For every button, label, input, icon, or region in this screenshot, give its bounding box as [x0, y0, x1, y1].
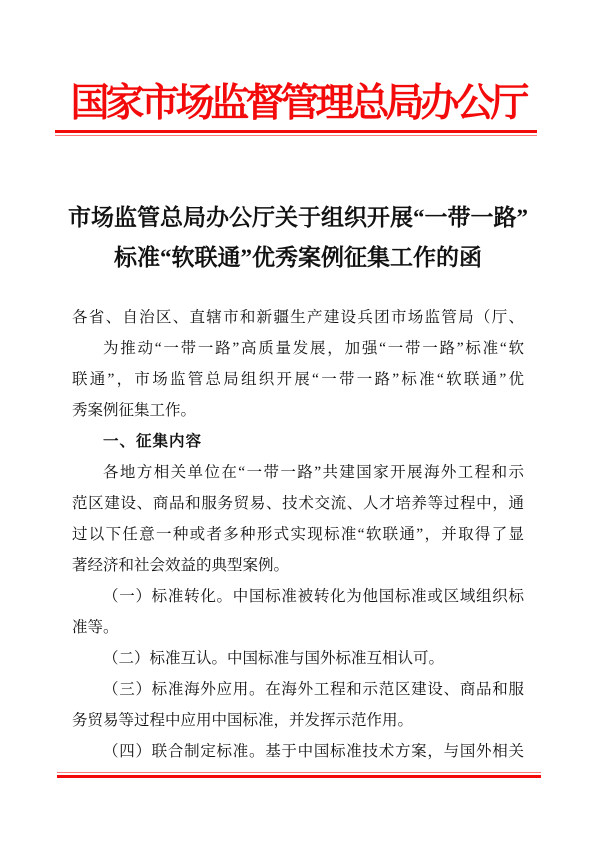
document-body: 各省、自治区、直辖市和新疆生产建设兵团市场监管局（厅、委）: 为推动“一带一路”… [72, 302, 524, 767]
masthead-divider-rule [55, 130, 537, 136]
body-line: （一）标准转化。中国标准被转化为他国标准或区域组织标 [72, 581, 524, 612]
body-line: 准等。 [72, 612, 524, 643]
body-line: （三）标准海外应用。在海外工程和示范区建设、商品和服 [72, 674, 524, 705]
salutation-line: 各省、自治区、直辖市和新疆生产建设兵团市场监管局（厅、委）: [72, 302, 524, 333]
body-line: （二）标准互认。中国标准与国外标准互相认可。 [72, 643, 524, 674]
footer-divider-thick-line [57, 775, 541, 778]
body-line: 为推动“一带一路”高质量发展，加强“一带一路”标准“软 [72, 333, 524, 364]
body-line: 秀案例征集工作。 [72, 395, 524, 426]
document-page: 国家市场监督管理总局办公厅 市场监管总局办公厅关于组织开展“一带一路” 标准“软… [0, 0, 596, 842]
body-line: 著经济和社会效益的典型案例。 [72, 550, 524, 581]
footer-divider-rule [57, 772, 541, 778]
document-title: 市场监管总局办公厅关于组织开展“一带一路” 标准“软联通”优秀案例征集工作的函 [0, 198, 596, 278]
document-title-line1: 市场监管总局办公厅关于组织开展“一带一路” [0, 198, 596, 238]
body-line: 务贸易等过程中应用中国标准，并发挥示范作用。 [72, 705, 524, 736]
body-line: （四）联合制定标准。基于中国标准技术方案，与国外相关 [72, 736, 524, 767]
body-line: 过以下任意一种或者多种形式实现标准“软联通”，并取得了显 [72, 519, 524, 550]
body-line: 各地方相关单位在“一带一路”共建国家开展海外工程和示 [72, 457, 524, 488]
body-line: 联通”，市场监管总局组织开展“一带一路”标准“软联通”优 [72, 364, 524, 395]
masthead-org-name: 国家市场监督管理总局办公厅 [0, 72, 596, 128]
body-line: 范区建设、商品和服务贸易、技术交流、人才培养等过程中，通 [72, 488, 524, 519]
document-title-line2: 标准“软联通”优秀案例征集工作的函 [0, 238, 596, 278]
section-heading: 一、征集内容 [72, 426, 524, 457]
masthead-divider-thin-line [55, 135, 537, 136]
